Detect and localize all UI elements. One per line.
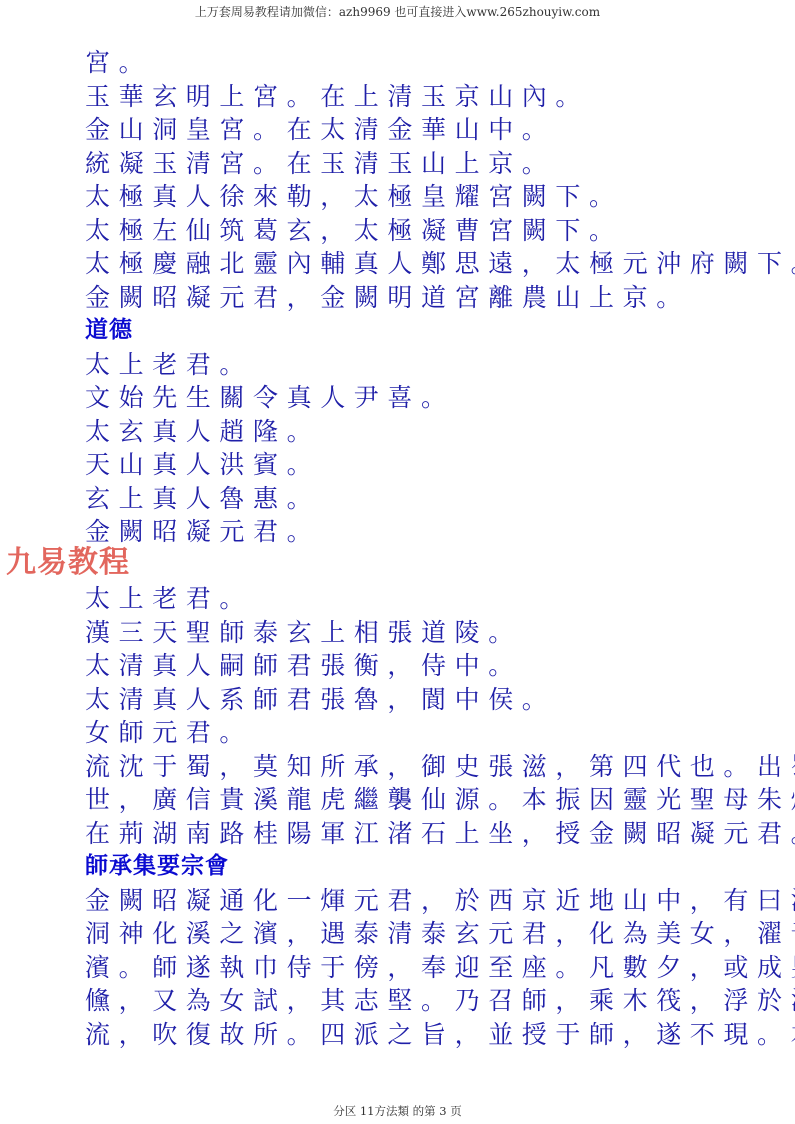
text-line: 文始先生關令真人尹喜。: [85, 381, 685, 415]
document-body: 宮。 玉華玄明上宮。在上清玉京山內。 金山洞皇宮。在太清金華山中。 統凝玉清宮。…: [85, 46, 685, 1051]
text-line: 漢三天聖師泰玄上相張道陵。: [85, 616, 685, 650]
text-line: 太玄真人趙隆。: [85, 415, 685, 449]
text-line: 玉華玄明上宮。在上清玉京山內。: [85, 80, 685, 114]
text-line: 玄上真人魯惠。: [85, 482, 685, 516]
text-line: 太極真人徐來勒，太極皇耀宮闕下。: [85, 180, 685, 214]
section-heading-obscured: [85, 549, 685, 583]
section-heading-shicheng: 師承集要宗會: [85, 850, 685, 884]
text-line: 流，吹復故所。四派之旨，並授于師，遂不現。本振: [85, 1018, 685, 1052]
text-line: 金闕昭凝通化一煇元君，於西京近地山中，有曰清虛: [85, 884, 685, 918]
header-banner: 上万套周易教程请加微信：azh9969 也可直接进入www.265zhouyiw…: [0, 4, 795, 20]
text-line: 太清真人系師君張魯，閬中侯。: [85, 683, 685, 717]
section-heading-daode: 道德: [85, 314, 685, 348]
text-line: 太上老君。: [85, 348, 685, 382]
text-line: 在荊湖南路桂陽軍江渚石上坐，授金闕昭凝元君。: [85, 817, 685, 851]
text-line: 天山真人洪賓。: [85, 448, 685, 482]
text-line: 太極慶融北靈內輔真人鄭思遠，太極元沖府闕下。: [85, 247, 685, 281]
watermark-logo: 九易教程: [6, 545, 130, 581]
text-line: 流沈于蜀，莫知所承，御史張滋，第四代也。出蜀承: [85, 750, 685, 784]
text-line: 金山洞皇宮。在太清金華山中。: [85, 113, 685, 147]
text-line: 太極左仙筑葛玄，太極凝曹宮闕下。: [85, 214, 685, 248]
text-line: 世，廣信貴溪龍虎繼襲仙源。本振因靈光聖母朱烜，: [85, 783, 685, 817]
text-line: 洞神化溪之濱，遇泰清泰玄元君，化為美女，濯于溪: [85, 917, 685, 951]
text-line: 金闕昭凝元君。: [85, 515, 685, 549]
text-line: 女師元君。: [85, 716, 685, 750]
text-line: 太上老君。: [85, 582, 685, 616]
text-line: 金闕昭凝元君，金闕明道宮離農山上京。: [85, 281, 685, 315]
text-line: 濱。師遂執巾侍于傍，奉迎至座。凡數夕，或成男相: [85, 951, 685, 985]
text-line: 太清真人嗣師君張衡，侍中。: [85, 649, 685, 683]
text-line: 統凝玉清宮。在玉清玉山上京。: [85, 147, 685, 181]
text-line: 宮。: [85, 46, 685, 80]
page-footer: 分区 11方法類 的第 3 页: [0, 1103, 795, 1119]
text-line: 儵，又為女試，其志堅。乃召師，乘木筏，浮於溪: [85, 984, 685, 1018]
